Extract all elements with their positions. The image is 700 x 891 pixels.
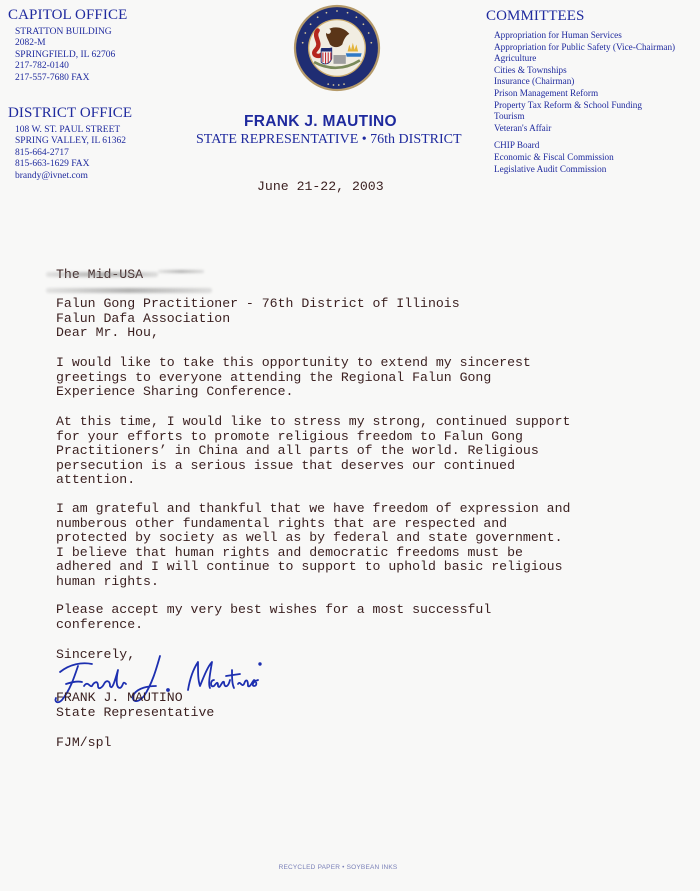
address-line: SPRING VALLEY, IL 61362 xyxy=(15,136,132,147)
commission-item: Legislative Audit Commission xyxy=(494,164,675,176)
typist-initials: FJM/spl xyxy=(56,736,111,751)
address-line: 108 W. ST. PAUL STREET xyxy=(15,125,132,136)
signer-title: State Representative xyxy=(56,706,214,721)
committee-item: Appropriation for Public Safety (Vice-Ch… xyxy=(494,42,675,54)
commission-item: Economic & Fiscal Commission xyxy=(494,152,675,164)
email-line: brandy@ivnet.com xyxy=(15,171,132,182)
fax-line: 217-557-7680 FAX xyxy=(15,73,127,84)
paragraph-wishes: Please accept my very best wishes for a … xyxy=(56,603,491,632)
redacted-address-line xyxy=(158,270,204,273)
capitol-office-address: STRATTON BUILDING 2082-M SPRINGFIELD, IL… xyxy=(15,27,127,84)
salutation: Dear Mr. Hou, xyxy=(56,326,159,341)
committees-title: COMMITTEES xyxy=(486,8,675,25)
fax-line: 815-663-1629 FAX xyxy=(15,159,132,170)
capitol-office-block: CAPITOL OFFICE STRATTON BUILDING 2082-M … xyxy=(8,7,127,84)
representative-name: FRANK J. MAUTINO xyxy=(244,113,397,131)
recycled-paper-note: RECYCLED PAPER • SOYBEAN INKS xyxy=(279,864,398,871)
redacted-address-line xyxy=(46,272,158,277)
committee-item: Appropriation for Human Services xyxy=(494,30,675,42)
committee-item: Prison Management Reform xyxy=(494,88,675,100)
committee-item: Veteran's Affair xyxy=(494,123,675,135)
committee-item: Tourism xyxy=(494,111,675,123)
phone-line: 217-782-0140 xyxy=(15,61,127,72)
letter-date: June 21-22, 2003 xyxy=(257,180,384,195)
signer-name: FRANK J. MAUTINO xyxy=(56,691,183,706)
address-line: STRATTON BUILDING xyxy=(15,27,127,38)
committee-item: Cities & Townships xyxy=(494,65,675,77)
paragraph-greeting: I would like to take this opportunity to… xyxy=(56,356,531,400)
footer-note: RECYCLED PAPER • SOYBEAN INKS xyxy=(0,864,700,871)
committee-item: Insurance (Chairman) xyxy=(494,76,675,88)
district-office-title: DISTRICT OFFICE xyxy=(8,105,132,122)
committee-item: Property Tax Reform & School Funding xyxy=(494,100,675,112)
phone-line: 815-664-2717 xyxy=(15,148,132,159)
committees-block: COMMITTEES Appropriation for Human Servi… xyxy=(486,8,675,175)
district-office-address: 108 W. ST. PAUL STREET SPRING VALLEY, IL… xyxy=(15,125,132,182)
capitol-office-title: CAPITOL OFFICE xyxy=(8,7,127,24)
address-line: SPRINGFIELD, IL 62706 xyxy=(15,50,127,61)
district-office-block: DISTRICT OFFICE 108 W. ST. PAUL STREET S… xyxy=(8,105,132,182)
illinois-state-seal-icon xyxy=(293,4,381,92)
redacted-address-line xyxy=(46,288,212,293)
paragraph-support: At this time, I would like to stress my … xyxy=(56,415,570,488)
commission-item: CHIP Board xyxy=(494,140,675,152)
representative-title: STATE REPRESENTATIVE • 76th DISTRICT xyxy=(196,132,462,148)
reference-line: Falun Gong Practitioner - 76th District … xyxy=(56,297,460,312)
paragraph-rights: I am grateful and thankful that we have … xyxy=(56,502,570,590)
committee-item: Agriculture xyxy=(494,53,675,65)
committee-list: Appropriation for Human Services Appropr… xyxy=(494,30,675,175)
address-line: 2082-M xyxy=(15,38,127,49)
commission-list: CHIP Board Economic & Fiscal Commission … xyxy=(494,140,675,175)
